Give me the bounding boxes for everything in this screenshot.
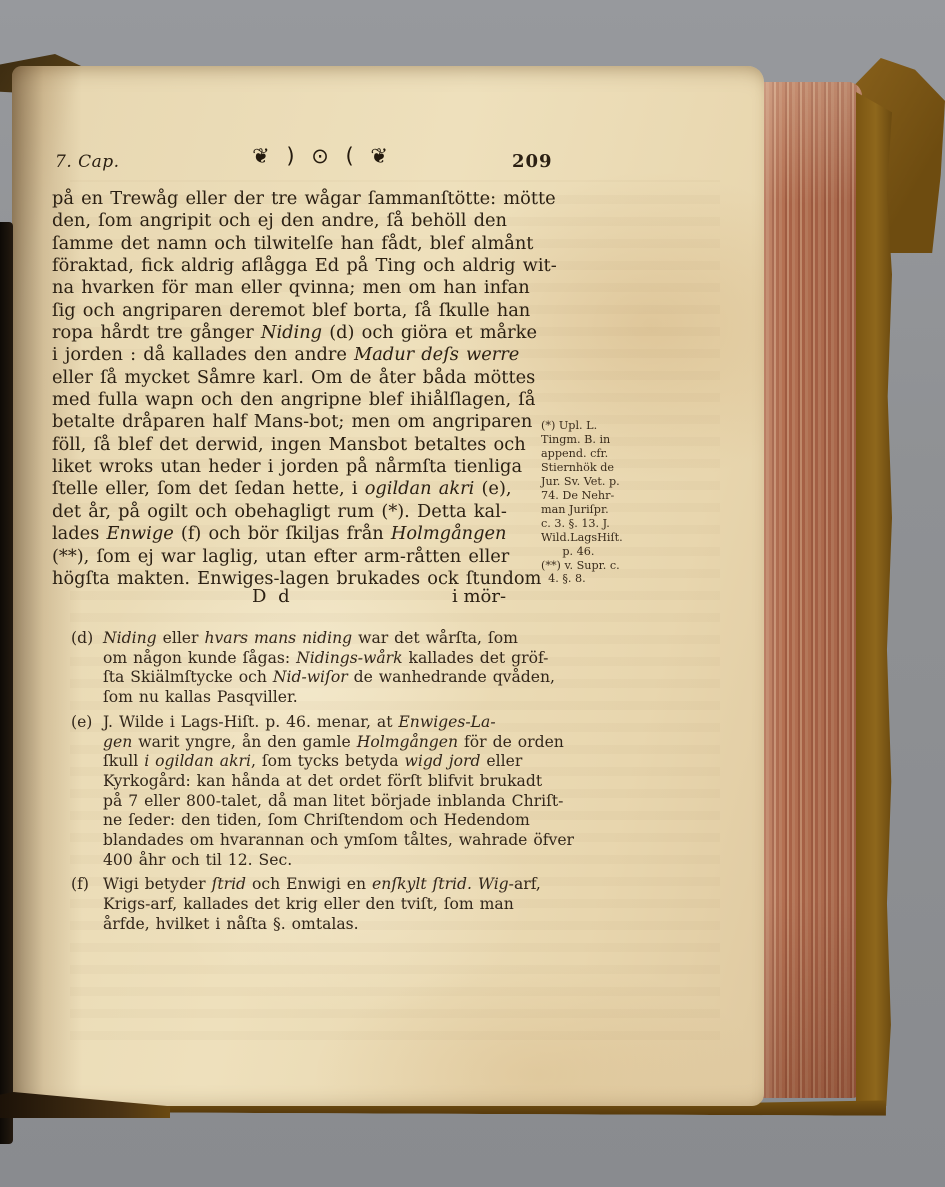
signature-row: D d i mör- — [52, 586, 552, 610]
footnote-marker: (d) — [71, 629, 93, 649]
text-line: ſom nu kallas Pasqviller. — [103, 688, 595, 708]
text-line: 400 åhr och til 12. Sec. — [103, 851, 595, 871]
text-line: föraktad, fick aldrig aflågga Ed på Ting… — [52, 255, 552, 277]
text-line: ſkull i ogildan akri, ſom tycks betyda w… — [103, 752, 595, 772]
text-line: årfde, hvilket i nåſta §. omtalas. — [103, 915, 595, 935]
text-line: 74. De Nehr- — [541, 489, 627, 503]
text-line: c. 3. §. 13. J. — [541, 517, 627, 531]
footnotes-block: (d) Niding eller hvars mans niding war d… — [103, 629, 595, 940]
text-line: (**), ſom ej war laglig, utan efter arm-… — [52, 546, 552, 568]
text-line: Jur. Sv. Vet. p. — [541, 475, 627, 489]
text-line: man Juriſpr. — [541, 503, 627, 517]
text-line: Tingm. B. in — [541, 433, 627, 447]
footnote-lines: J. Wilde i Lags-Hiſt. p. 46. menar, at E… — [103, 713, 595, 871]
page-fore-edge — [756, 82, 862, 1098]
text-line: na hvarken för man eller qvinna; men om … — [52, 277, 552, 299]
text-line: Wild.LagsHiſt. — [541, 531, 627, 545]
text-line: Krigs-arf, kallades det krig eller den t… — [103, 895, 595, 915]
text-line: ſamme det namn och tilwitelſe han fådt, … — [52, 233, 552, 255]
catchword: i mör- — [452, 586, 506, 607]
cover-right-edge — [856, 92, 892, 1106]
text-line: eller ſå mycket Såmre karl. Om de åter b… — [52, 367, 552, 389]
text-line: append. cfr. — [541, 447, 627, 461]
text-line: lades Enwige (f) och bör ſkiljas från Ho… — [52, 523, 552, 545]
footnote-marker: (e) — [71, 713, 92, 733]
text-line: (*) Upl. L. — [541, 419, 627, 433]
text-line: ſig och angriparen deremot blef borta, ſ… — [52, 300, 552, 322]
text-line: på en Trewåg eller der tre wågar ſammanſ… — [52, 188, 552, 210]
footnote-lines: Niding eller hvars mans niding war det w… — [103, 629, 595, 708]
spine-edge — [0, 222, 13, 1144]
text-line: det år, på ogilt och obehagligt rum (*).… — [52, 501, 552, 523]
text-line: gen warit yngre, ån den gamle Holmgången… — [103, 733, 595, 753]
text-line: ſta Skiälmſtycke och Nid-wiſor de wanhed… — [103, 668, 595, 688]
text-line: liket wroks utan heder i jorden på nårmſ… — [52, 456, 552, 478]
footnote-marker: (f) — [71, 875, 89, 895]
text-line: ropa hårdt tre gånger Niding (d) och giö… — [52, 322, 552, 344]
text-line: med fulla wapn och den angripne blef ihi… — [52, 389, 552, 411]
text-line: ne ſeder: den tiden, ſom Chriſtendom och… — [103, 811, 595, 831]
text-line: p. 46. — [541, 545, 627, 559]
text-line: 4. §. 8. — [541, 572, 627, 586]
margin-notes: (*) Upl. L.Tingm. B. inappend. cfr.Stier… — [541, 419, 627, 586]
chapter-heading: 7. Cap. — [55, 152, 120, 172]
book-photo: 7. Cap. ❦ ) ⊙ ( ❦ 209 på en Trewåg eller… — [0, 0, 945, 1187]
text-line: Wigi betyder ſtrid och Enwigi en enſkylt… — [103, 875, 595, 895]
page-number: 209 — [512, 151, 553, 172]
text-line: på 7 eller 800-talet, då man litet börja… — [103, 792, 595, 812]
main-text-block: på en Trewåg eller der tre wågar ſammanſ… — [52, 188, 552, 590]
text-line: Kyrkogård: kan hånda at det ordet förſt … — [103, 772, 595, 792]
footnote-d: (d) Niding eller hvars mans niding war d… — [103, 629, 595, 708]
text-line: Niding eller hvars mans niding war det w… — [103, 629, 595, 649]
text-line: om någon kunde ſågas: Nidings-wårk kalla… — [103, 649, 595, 669]
text-line: (**) v. Supr. c. — [541, 559, 627, 573]
text-line: föll, ſå blef det derwid, ingen Mansbot … — [52, 434, 552, 456]
footnote-lines: Wigi betyder ſtrid och Enwigi en enſkylt… — [103, 875, 595, 934]
text-line: J. Wilde i Lags-Hiſt. p. 46. menar, at E… — [103, 713, 595, 733]
header-ornament-icon: ❦ ) ⊙ ( ❦ — [192, 144, 448, 168]
text-line: blandades om hvarannan och ymſom tåltes,… — [103, 831, 595, 851]
text-line: Stiernhök de — [541, 461, 627, 475]
text-line: betalte dråparen half Mans-bot; men om a… — [52, 411, 552, 433]
text-line: ſtelle eller, ſom det ſedan hette, i ogi… — [52, 478, 552, 500]
footnote-e: (e) J. Wilde i Lags-Hiſt. p. 46. menar, … — [103, 713, 595, 871]
gathering-signature: D d — [252, 586, 293, 607]
text-line: i jorden : då kallades den andre Madur d… — [52, 344, 552, 366]
text-line: den, ſom angripit och ej den andre, ſå b… — [52, 210, 552, 232]
footnote-f: (f) Wigi betyder ſtrid och Enwigi en enſ… — [103, 875, 595, 934]
